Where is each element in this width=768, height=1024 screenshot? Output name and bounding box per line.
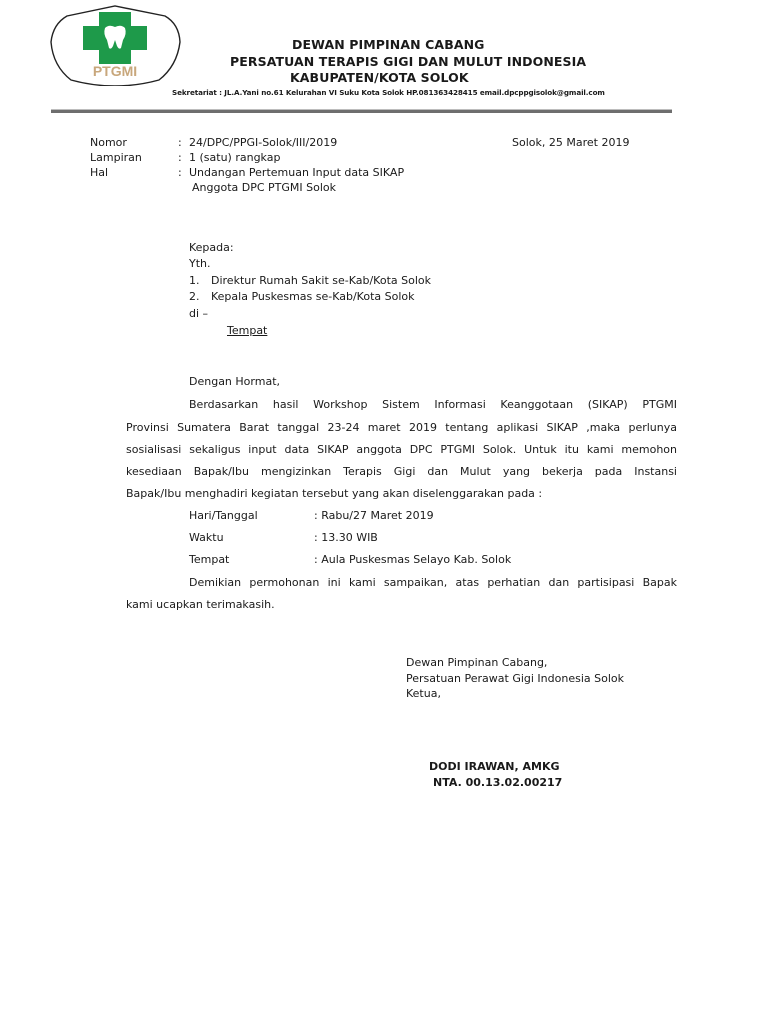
event-label-date: Hari/Tanggal <box>189 509 258 522</box>
paragraph-line: Bapak/Ibu menghadiri kegiatan tersebut y… <box>126 487 542 500</box>
signatory-nta: NTA. 00.13.02.00217 <box>433 776 562 789</box>
event-label-place: Tempat <box>189 553 229 566</box>
svg-text:PTGMI: PTGMI <box>93 63 137 79</box>
closing-line: kami ucapkan terimakasih. <box>126 598 275 611</box>
signature-role: Ketua, <box>406 687 441 700</box>
recipient-tempat: Tempat <box>227 324 267 337</box>
recipient-yth: Yth. <box>189 257 211 270</box>
paragraph-line: kesediaan Bapak/Ibu mengizinkan Terapis … <box>126 465 677 478</box>
meta-value-nomor: 24/DPC/PPGI-Solok/III/2019 <box>189 136 337 149</box>
letterhead-address: Sekretariat : JL.A.Yani no.61 Kelurahan … <box>172 88 605 97</box>
meta-colon: : <box>178 136 182 149</box>
letter-date: Solok, 25 Maret 2019 <box>512 136 629 149</box>
letterhead-line-1: DEWAN PIMPINAN CABANG <box>292 37 485 52</box>
meta-value-hal-line-2: Anggota DPC PTGMI Solok <box>192 181 336 194</box>
meta-colon: : <box>178 151 182 164</box>
paragraph-line: Provinsi Sumatera Barat tanggal 23-24 ma… <box>126 421 677 434</box>
signatory-name: DODI IRAWAN, AMKG <box>429 760 560 773</box>
event-value-place: : Aula Puskesmas Selayo Kab. Solok <box>314 553 511 566</box>
letterhead-divider <box>51 109 672 113</box>
meta-value-lampiran: 1 (satu) rangkap <box>189 151 280 164</box>
recipient-item: Direktur Rumah Sakit se-Kab/Kota Solok <box>211 274 431 287</box>
event-label-time: Waktu <box>189 531 224 544</box>
recipient-kepada: Kepada: <box>189 241 234 254</box>
event-value-time: : 13.30 WIB <box>314 531 378 544</box>
signature-org-1: Dewan Pimpinan Cabang, <box>406 656 547 669</box>
salutation: Dengan Hormat, <box>189 375 280 388</box>
meta-value-hal: Undangan Pertemuan Input data SIKAP <box>189 166 404 179</box>
event-value-date: : Rabu/27 Maret 2019 <box>314 509 434 522</box>
signature-org-2: Persatuan Perawat Gigi Indonesia Solok <box>406 672 624 685</box>
meta-label-nomor: Nomor <box>90 136 127 149</box>
paragraph-line: Berdasarkan hasil Workshop Sistem Inform… <box>189 398 677 411</box>
recipient-item-number: 1. <box>189 274 200 287</box>
recipient-di: di – <box>189 307 208 320</box>
paragraph-line: sosialisasi sekaligus input data SIKAP a… <box>126 443 677 456</box>
letterhead-line-2: PERSATUAN TERAPIS GIGI DAN MULUT INDONES… <box>230 54 586 69</box>
ptgmi-logo-icon: PTGMI <box>47 4 183 86</box>
meta-colon: : <box>178 166 182 179</box>
meta-label-hal: Hal <box>90 166 108 179</box>
recipient-item: Kepala Puskesmas se-Kab/Kota Solok <box>211 290 414 303</box>
closing-line: Demikian permohonan ini kami sampaikan, … <box>189 576 677 589</box>
letterhead-line-3: KABUPATEN/KOTA SOLOK <box>290 70 469 85</box>
recipient-item-number: 2. <box>189 290 200 303</box>
meta-label-lampiran: Lampiran <box>90 151 142 164</box>
